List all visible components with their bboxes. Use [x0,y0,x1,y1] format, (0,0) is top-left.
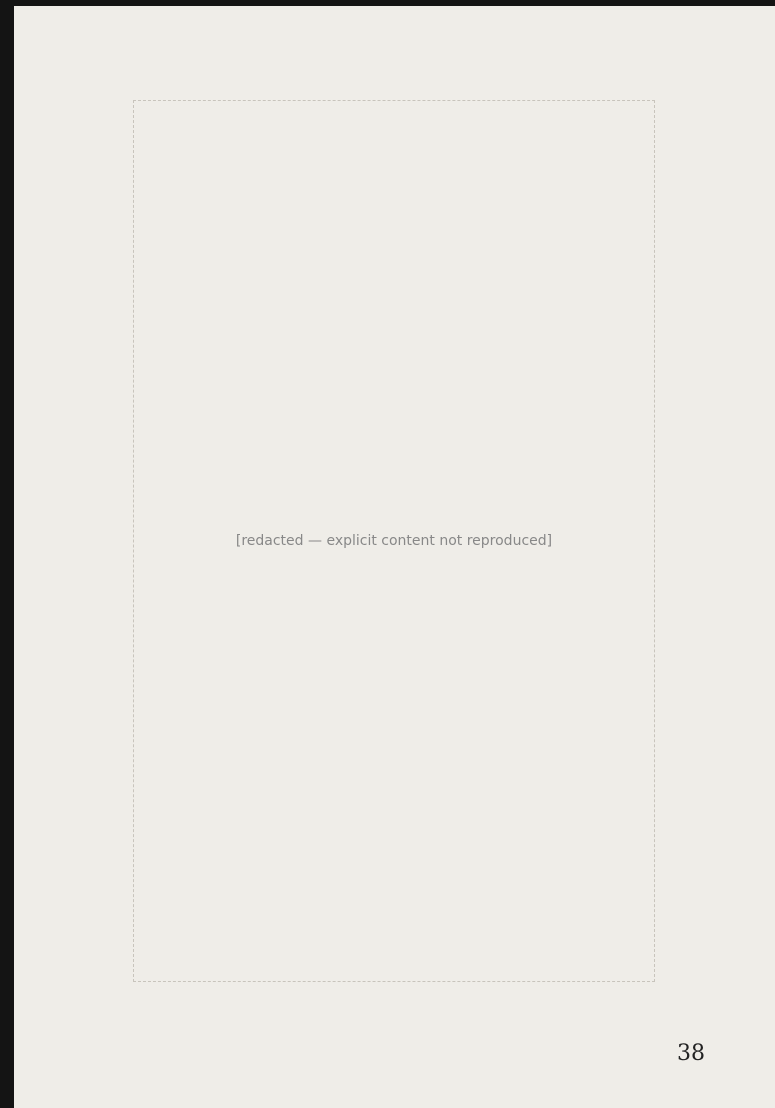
vertical-text-body: [redacted — explicit content not reprodu… [133,100,655,982]
scan-edge-shadow-top [0,0,775,6]
page-number: 38 [677,1041,705,1066]
scan-edge-shadow [0,0,14,1108]
scanned-page: [redacted — explicit content not reprodu… [0,0,775,1108]
